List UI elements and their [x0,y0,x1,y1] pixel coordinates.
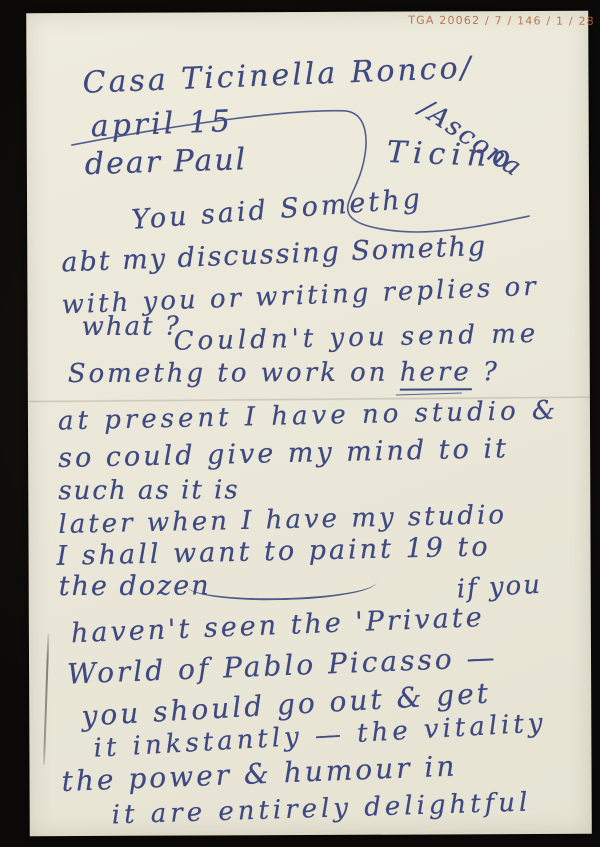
letter-line-fragment: ? [472,357,500,387]
letter-line-fragment: Somethg to work on [68,358,400,389]
letter-line: it are entirely delightful [111,788,532,831]
letter-line: such as it is [58,475,240,506]
archive-reference-number: TGA 20062 / 7 / 146 / 1 / 28 [408,14,580,28]
letter-line: what ? [82,312,181,342]
letter-line: abt my discussing Somethg [61,231,488,279]
letter-line: so could give my mind to it [58,433,509,474]
letter-line: Couldn't you send me [173,319,539,357]
address-line-ticino: Ticino [386,135,517,175]
salutation: dear Paul [84,142,247,182]
date-line: april 15 [90,104,234,145]
letter-line: You said Somethg [130,183,424,236]
pencil-margin-mark [43,633,49,765]
photo-backdrop: { "photo": { "backdrop_color": "#0c0a08"… [0,0,600,847]
letter-line: if you [456,570,543,605]
dash-stroke [187,580,377,602]
letter-paper-sheet: TGA 20062 / 7 / 146 / 1 / 28 Casa Ticine… [26,11,592,836]
underlined-word-here: here [400,357,472,390]
letter-line-work-on-here: Somethg to work on here ? [68,357,500,389]
letter-line: at present I have no studio & [58,396,560,437]
address-line-casa: Casa Ticinella Ronco/ [82,50,474,100]
letter-line: haven't seen the 'Private [70,602,485,649]
